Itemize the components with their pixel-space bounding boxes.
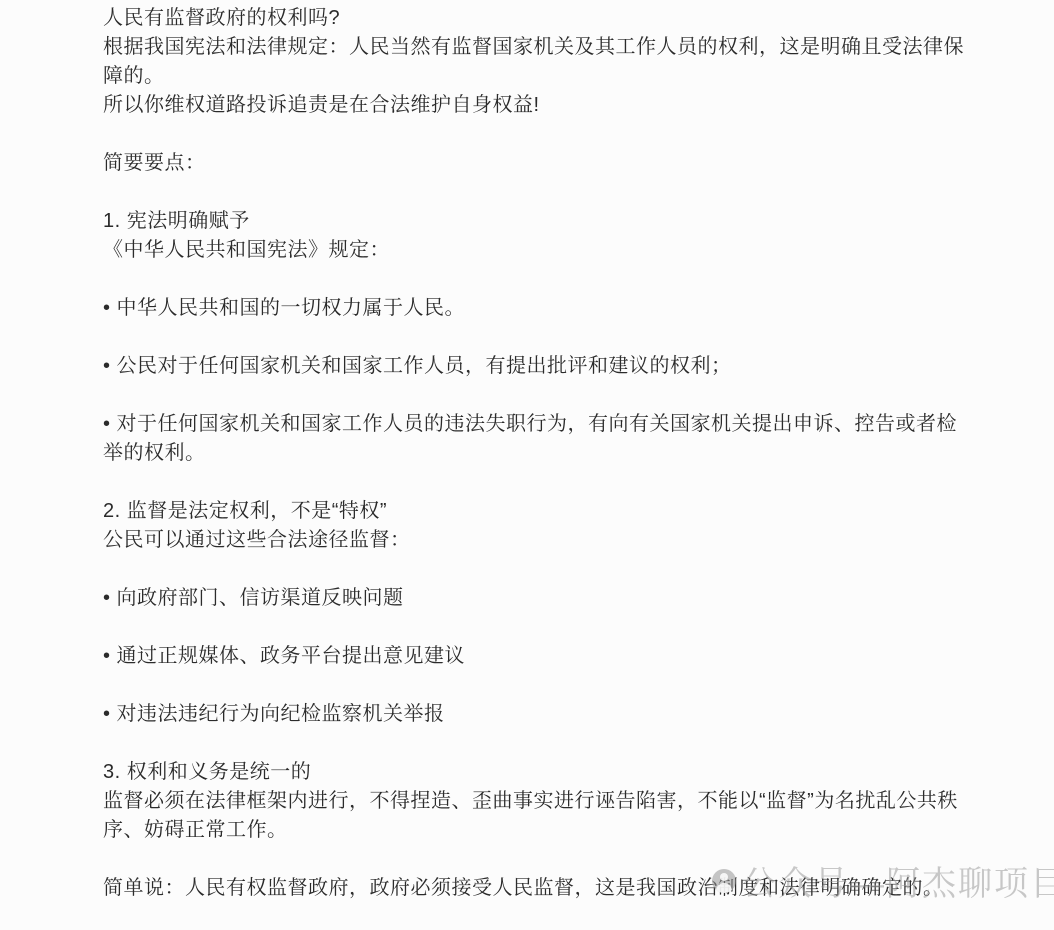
summary-heading: 简要要点： [103,149,971,178]
section2-bullet-2: • 通过正规媒体、政务平台提出意见建议 [103,642,971,671]
intro-statement: 根据我国宪法和法律规定：人民当然有监督国家机关及其工作人员的权利，这是明确且受法… [103,33,971,91]
intro-conclusion: 所以你维权道路投诉追责是在合法维护自身权益! [103,91,971,120]
conclusion-text: 简单说：人民有权监督政府，政府必须接受人民监督，这是我国政治制度和法律明确确定的… [103,874,971,903]
section3-body: 监督必须在法律框架内进行，不得捏造、歪曲事实进行诬告陷害，不能以“监督”为名扰乱… [103,787,971,845]
bullet-item: • 对违法违纪行为向纪检监察机关举报 [103,700,971,729]
article-body: 人民有监督政府的权利吗? 根据我国宪法和法律规定：人民当然有监督国家机关及其工作… [103,4,971,930]
bullet-item: • 向政府部门、信访渠道反映问题 [103,584,971,613]
section3-title: 3. 权利和义务是统一的 [103,758,971,787]
section2-bullet-1: • 向政府部门、信访渠道反映问题 [103,584,971,613]
summary-heading-block: 简要要点： [103,149,971,178]
bullet-item: • 通过正规媒体、政务平台提出意见建议 [103,642,971,671]
section1-heading-block: 1. 宪法明确赋予 《中华人民共和国宪法》规定： [103,207,971,265]
bullet-item: • 公民对于任何国家机关和国家工作人员，有提出批评和建议的权利； [103,352,971,381]
section1-title: 1. 宪法明确赋予 [103,207,971,236]
bullet-item: • 中华人民共和国的一切权力属于人民。 [103,294,971,323]
section1-bullet-1: • 中华人民共和国的一切权力属于人民。 [103,294,971,323]
conclusion-block: 简单说：人民有权监督政府，政府必须接受人民监督，这是我国政治制度和法律明确确定的… [103,874,971,903]
section1-subtitle: 《中华人民共和国宪法》规定： [103,236,971,265]
section3-block: 3. 权利和义务是统一的 监督必须在法律框架内进行，不得捏造、歪曲事实进行诬告陷… [103,758,971,845]
section2-bullet-3: • 对违法违纪行为向纪检监察机关举报 [103,700,971,729]
page: 人民有监督政府的权利吗? 根据我国宪法和法律规定：人民当然有监督国家机关及其工作… [0,0,1054,930]
intro-question: 人民有监督政府的权利吗? [103,4,971,33]
bullet-item: • 对于任何国家机关和国家工作人员的违法失职行为，有向有关国家机关提出申诉、控告… [103,410,971,468]
section2-title: 2. 监督是法定权利，不是“特权” [103,497,971,526]
section1-bullet-2: • 公民对于任何国家机关和国家工作人员，有提出批评和建议的权利； [103,352,971,381]
section2-subtitle: 公民可以通过这些合法途径监督： [103,526,971,555]
section2-heading-block: 2. 监督是法定权利，不是“特权” 公民可以通过这些合法途径监督： [103,497,971,555]
intro-paragraph: 人民有监督政府的权利吗? 根据我国宪法和法律规定：人民当然有监督国家机关及其工作… [103,4,971,120]
section1-bullet-3: • 对于任何国家机关和国家工作人员的违法失职行为，有向有关国家机关提出申诉、控告… [103,410,971,468]
